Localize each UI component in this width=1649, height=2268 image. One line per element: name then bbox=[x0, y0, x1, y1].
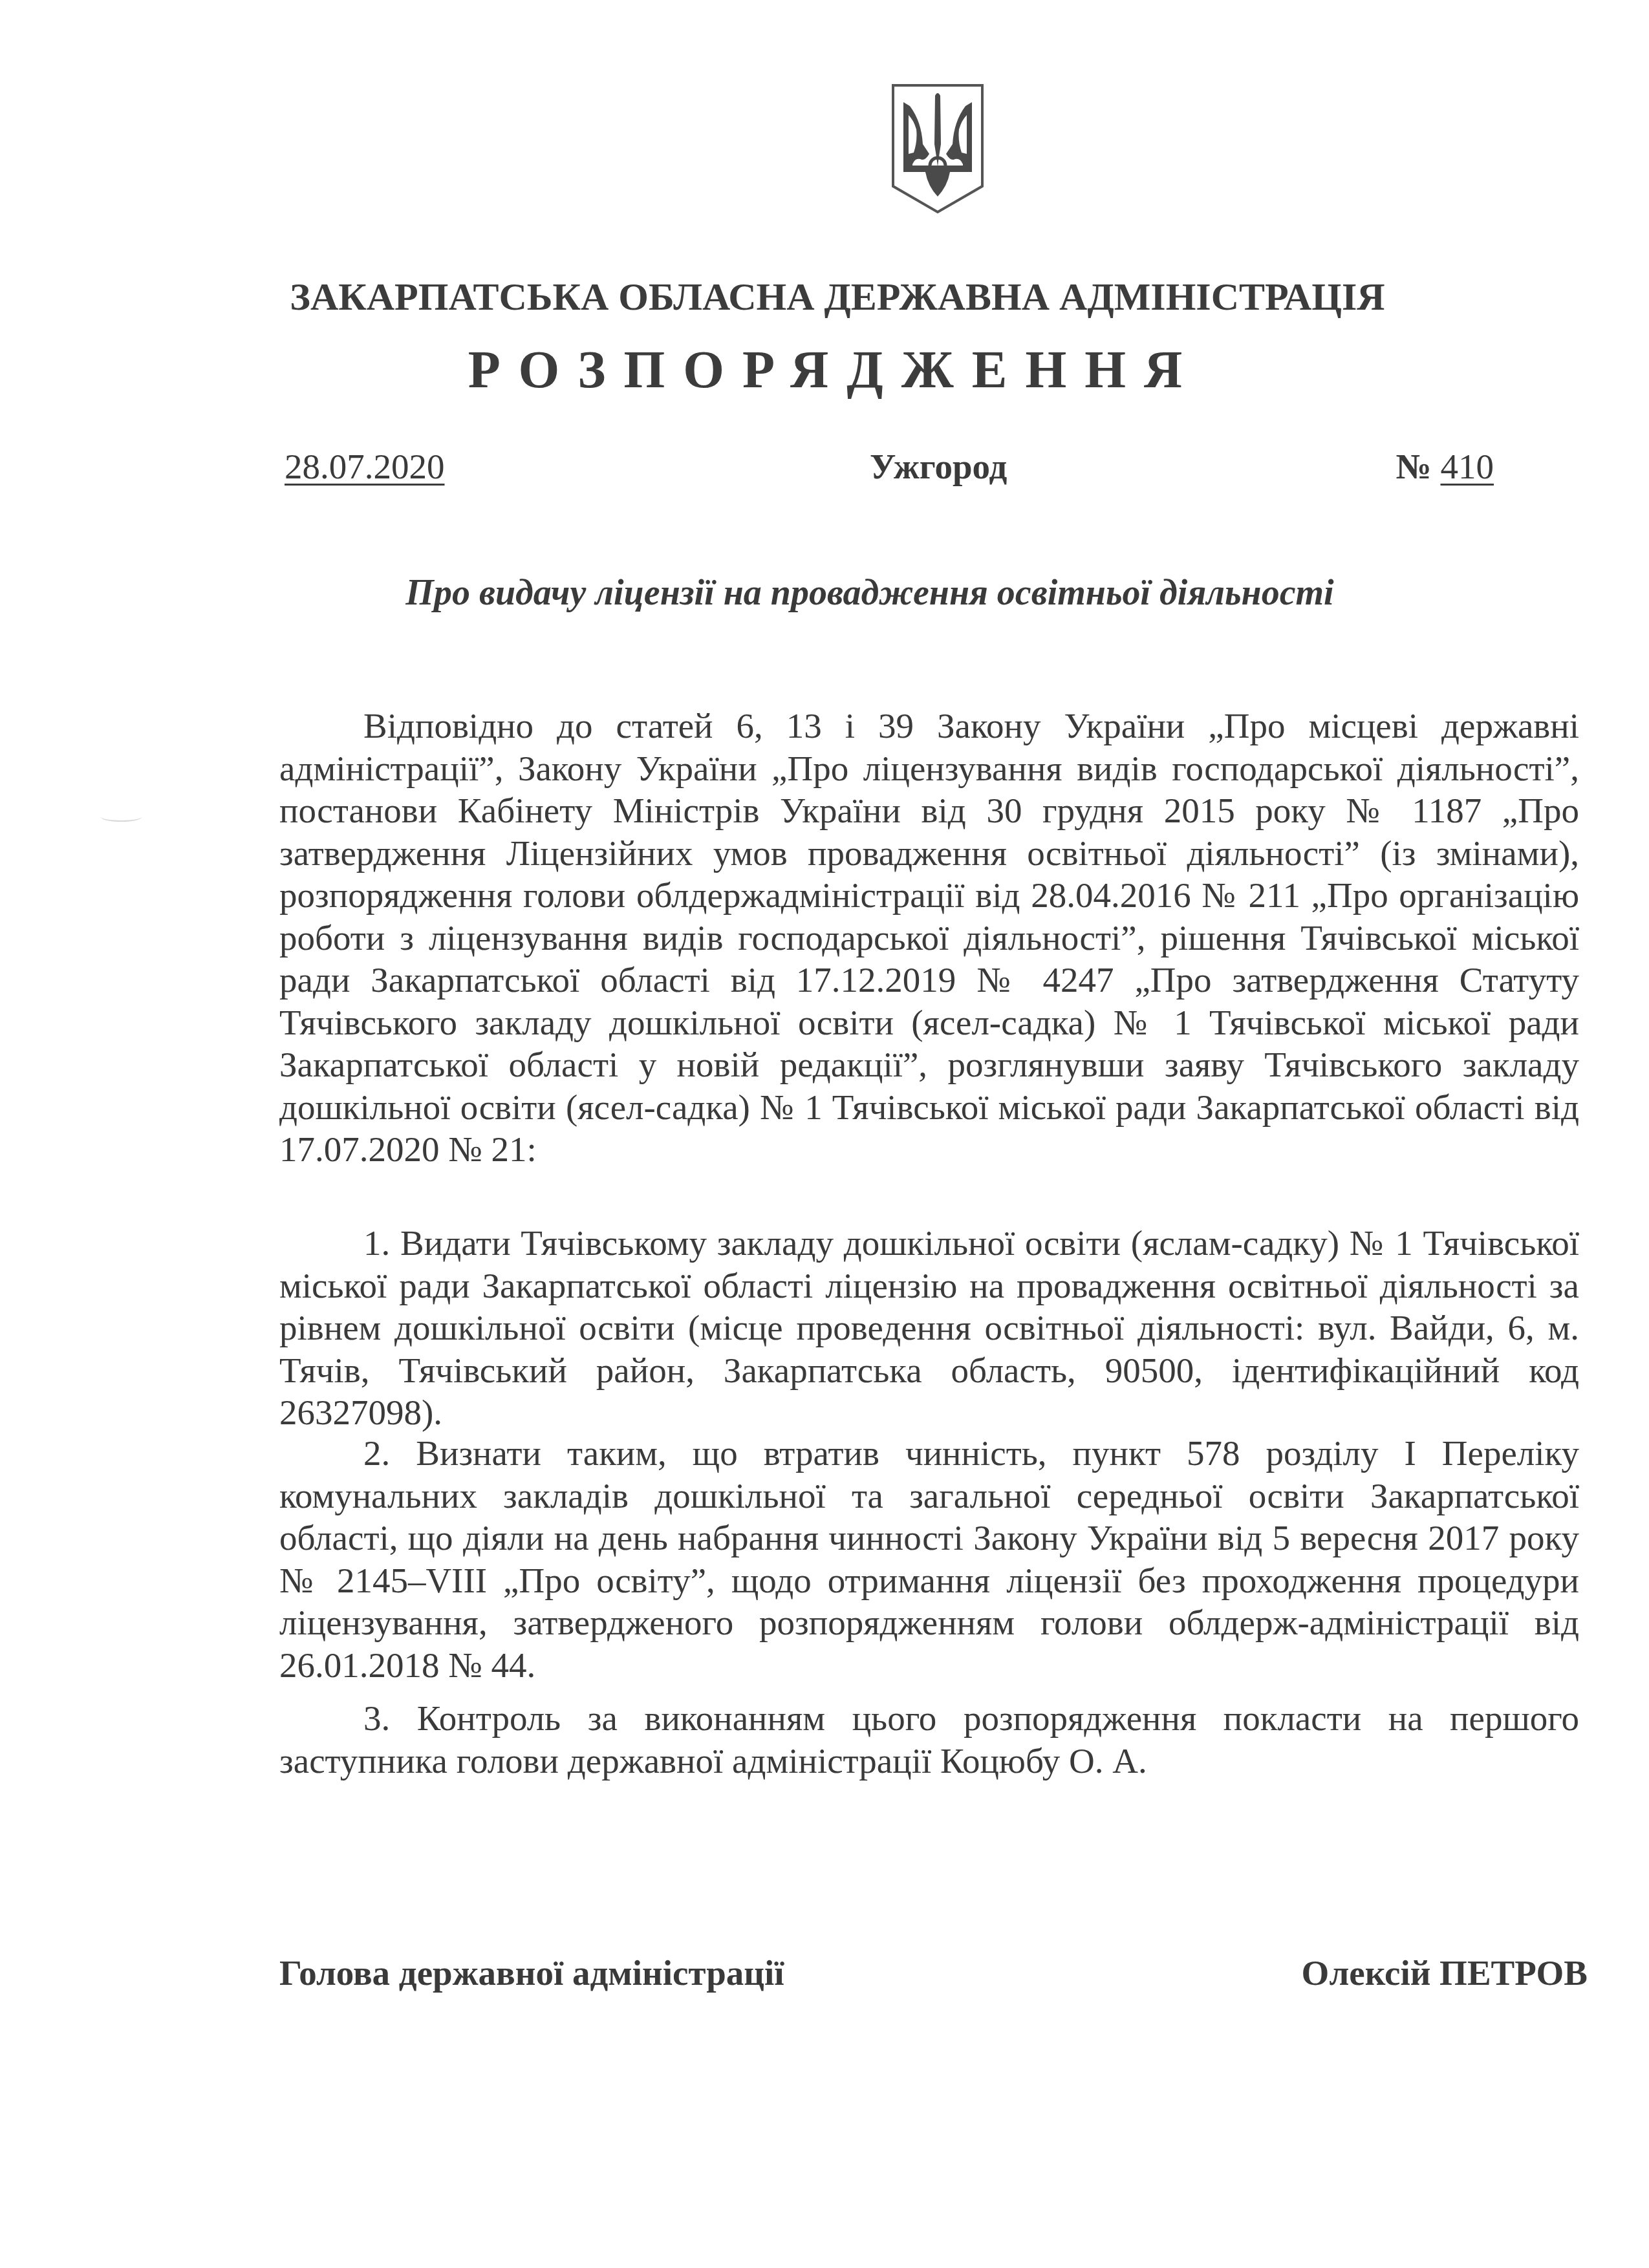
order-item-3: 3. Контроль за виконанням цього розпоряд… bbox=[279, 1697, 1579, 1782]
document-subject: Про видачу ліцензії на провадження освіт… bbox=[0, 572, 1649, 614]
document-city: Ужгород bbox=[870, 446, 1007, 487]
preamble-paragraph: Відповідно до статей 6, 13 і 39 Закону У… bbox=[279, 705, 1579, 1171]
scan-artifact bbox=[100, 811, 142, 822]
number-value: 410 bbox=[1441, 447, 1494, 486]
order-item-1: 1. Видати Тячівському закладу дошкільної… bbox=[279, 1222, 1579, 1434]
document-date: 28.07.2020 bbox=[285, 446, 445, 487]
document-type-title: РОЗПОРЯДЖЕННЯ bbox=[0, 339, 1649, 400]
document-page: ЗАКАРПАТСЬКА ОБЛАСНА ДЕРЖАВНА АДМІНІСТРА… bbox=[0, 0, 1649, 2268]
number-sign: № bbox=[1396, 447, 1431, 486]
order-item-2: 2. Визнати таким, що втратив чинність, п… bbox=[279, 1432, 1579, 1686]
document-meta-row: 28.07.2020 Ужгород № 410 bbox=[285, 446, 1494, 491]
coat-of-arms-icon bbox=[889, 83, 986, 216]
organization-name: ЗАКАРПАТСЬКА ОБЛАСНА ДЕРЖАВНА АДМІНІСТРА… bbox=[0, 275, 1649, 319]
document-number: № 410 bbox=[1396, 446, 1494, 487]
signatory-name: Олексій ПЕТРОВ bbox=[1302, 1952, 1588, 1993]
signatory-position: Голова державної адміністрації bbox=[279, 1952, 784, 1993]
